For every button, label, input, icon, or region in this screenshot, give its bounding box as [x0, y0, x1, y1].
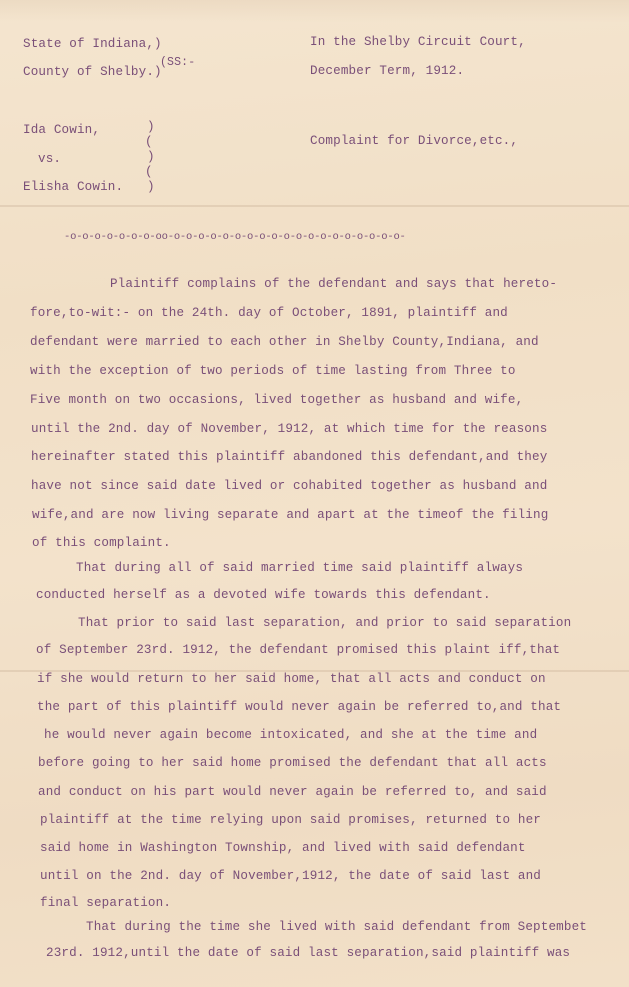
body-line: conducted herself as a devoted wife towa… [36, 588, 491, 602]
body-line: 23rd. 1912,until the date of said last s… [46, 946, 570, 960]
bracket: ) [147, 120, 155, 134]
body-line: That during the time she lived with said… [86, 920, 587, 934]
body-line: with the exception of two periods of tim… [30, 364, 516, 378]
paper-fold [0, 205, 629, 207]
body-line: final separation. [40, 896, 171, 910]
bracket: ( [145, 165, 153, 179]
body-line: the part of this plaintiff would never a… [37, 700, 561, 714]
body-line: Five month on two occasions, lived toget… [30, 393, 523, 407]
bracket: ( [145, 135, 153, 149]
body-line: he would never again become intoxicated,… [44, 728, 537, 742]
body-line: Plaintiff complains of the defendant and… [110, 277, 557, 291]
court-name: In the Shelby Circuit Court, [310, 35, 526, 49]
document-page: State of Indiana,) (SS:- County of Shelb… [0, 0, 629, 987]
plaintiff-name: Ida Cowin, [23, 123, 100, 137]
bracket: ) [147, 150, 155, 164]
defendant-name: Elisha Cowin. [23, 180, 123, 194]
versus: vs. [38, 152, 61, 166]
body-line: plaintiff at the time relying upon said … [40, 813, 541, 827]
venue-ss: (SS:- [160, 56, 195, 70]
body-line: before going to her said home promised t… [38, 756, 547, 770]
body-line: have not since said date lived or cohabi… [31, 479, 547, 493]
venue-state: State of Indiana,) [23, 37, 162, 51]
bracket: ) [147, 180, 155, 194]
separator-line: -o-o-o-o-o-o-o-oo-o-o-o-o-o-o-o-o-o-o-o-… [64, 231, 406, 243]
body-line: fore,to-wit:- on the 24th. day of Octobe… [30, 306, 508, 320]
body-line: if she would return to her said home, th… [37, 672, 546, 686]
body-line: until the 2nd. day of November, 1912, at… [31, 422, 547, 436]
body-line: and conduct on his part would never agai… [38, 785, 547, 799]
body-line: of September 23rd. 1912, the defendant p… [36, 643, 560, 657]
court-term: December Term, 1912. [310, 64, 464, 78]
body-line: hereinafter stated this plaintiff abando… [31, 450, 547, 464]
body-line: of this complaint. [32, 536, 171, 550]
body-line: That prior to said last separation, and … [78, 616, 571, 630]
venue-county: County of Shelby.) [23, 65, 162, 79]
body-line: said home in Washington Township, and li… [40, 841, 526, 855]
action-title: Complaint for Divorce,etc., [310, 134, 518, 148]
body-line: defendant were married to each other in … [30, 335, 539, 349]
body-line: until on the 2nd. day of November,1912, … [40, 869, 541, 883]
body-line: wife,and are now living separate and apa… [32, 508, 548, 522]
body-line: That during all of said married time sai… [76, 561, 523, 575]
